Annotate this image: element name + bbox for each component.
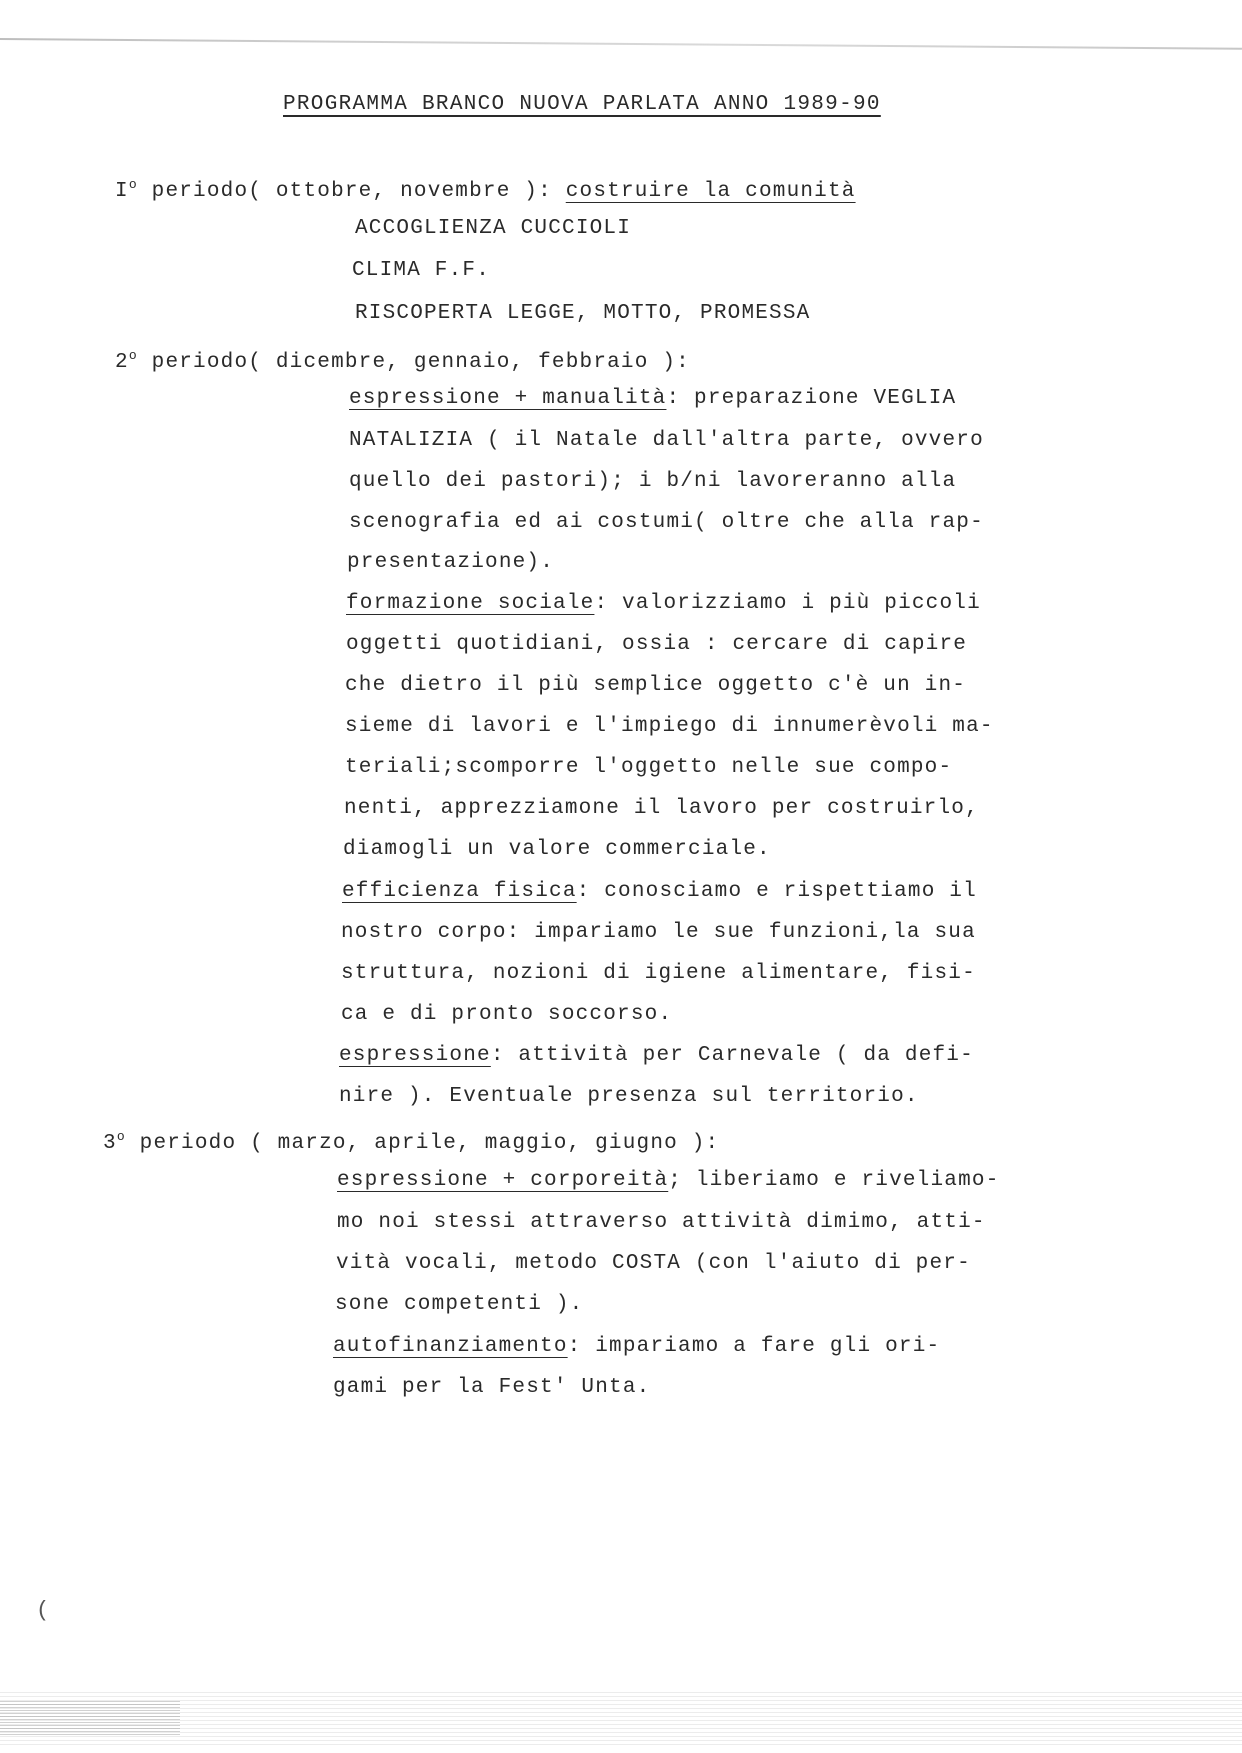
activity-text: : preparazione VEGLIA <box>666 387 956 410</box>
activity-text: : impariamo a fare gli ori- <box>568 1335 941 1358</box>
activity-text: vità vocali, metodo COSTA (con l'aiuto d… <box>336 1251 971 1277</box>
activity-text: teriali;scomporre l'oggetto nelle sue co… <box>345 755 952 781</box>
activity-heading: autofinanziamento <box>333 1335 568 1358</box>
activity-text: mo noi stessi attraverso attività dimimo… <box>337 1210 986 1236</box>
period-label: periodo <box>152 180 249 203</box>
activity-heading: espressione + corporeità <box>337 1169 668 1192</box>
activity-text: ; liberiamo e riveliamo- <box>668 1169 999 1192</box>
period-1-heading: Io periodo( ottobre, novembre ): costrui… <box>115 172 856 205</box>
period-2-heading: 2o periodo( dicembre, gennaio, febbraio … <box>115 343 690 376</box>
margin-mark: ( <box>36 1598 49 1623</box>
activity-text: nostro corpo: impariamo le sue funzioni,… <box>341 920 976 946</box>
scan-artifact-top <box>0 38 1242 50</box>
activity-text: : valorizziamo i più piccoli <box>594 592 980 615</box>
activity-heading: espressione + manualità <box>349 387 666 410</box>
activity-first-line: espressione: attività per Carnevale ( da… <box>339 1043 974 1069</box>
activity-first-line: autofinanziamento: impariamo a fare gli … <box>333 1334 940 1360</box>
activity-text: oggetti quotidiani, ossia : cercare di c… <box>346 632 967 658</box>
period-label: periodo <box>152 351 249 374</box>
activity-text: sieme di lavori e l'impiego di innumerèv… <box>345 714 994 740</box>
activity-text: che dietro il più semplice oggetto c'è u… <box>345 673 966 699</box>
period-number: 3 <box>103 1132 117 1155</box>
scan-artifact-bottom <box>0 1690 1242 1745</box>
activity-first-line: efficienza fisica: conosciamo e rispetti… <box>342 879 977 905</box>
period-number: I <box>115 180 129 203</box>
activity-text: NATALIZIA ( il Natale dall'altra parte, … <box>349 428 984 454</box>
activity-first-line: espressione + manualità: preparazione VE… <box>349 386 956 412</box>
period-3-heading: 3o periodo ( marzo, aprile, maggio, giug… <box>103 1124 719 1157</box>
activity-text: sone competenti ). <box>335 1292 583 1318</box>
activity-text: : conosciamo e rispettiamo il <box>577 880 977 903</box>
period-months: ( ottobre, novembre ): <box>248 180 552 203</box>
activity-text: scenografia ed ai costumi( oltre che all… <box>349 510 984 536</box>
activity-text: struttura, nozioni di igiene alimentare,… <box>341 961 976 987</box>
activity-text: nenti, apprezziamone il lavoro per costr… <box>344 796 979 822</box>
activity-text: nire ). Eventuale presenza sul territori… <box>339 1084 919 1110</box>
activity-first-line: formazione sociale: valorizziamo i più p… <box>346 591 981 617</box>
page-title: PROGRAMMA BRANCO NUOVA PARLATA ANNO 1989… <box>283 92 881 118</box>
activity-text: : attività per Carnevale ( da defi- <box>491 1044 974 1067</box>
activity-heading: formazione sociale <box>346 592 594 615</box>
activity-text: quello dei pastori); i b/ni lavoreranno … <box>349 469 956 495</box>
activity-text: gami per la Fest' Unta. <box>333 1375 650 1401</box>
activity-heading: espressione <box>339 1044 491 1067</box>
activity-text: diamogli un valore commerciale. <box>343 837 771 863</box>
period-months: ( marzo, aprile, maggio, giugno ): <box>250 1132 719 1155</box>
period-1-item: CLIMA F.F. <box>352 258 490 284</box>
activity-first-line: espressione + corporeità; liberiamo e ri… <box>337 1168 1000 1194</box>
activity-heading: efficienza fisica <box>342 880 577 903</box>
period-1-item: ACCOGLIENZA CUCCIOLI <box>355 216 631 242</box>
activity-text: presentazione). <box>347 550 554 576</box>
period-months: ( dicembre, gennaio, febbraio ): <box>248 351 690 374</box>
period-number: 2 <box>115 351 129 374</box>
period-label: periodo <box>140 1132 237 1155</box>
period-theme: costruire la comunità <box>566 180 856 203</box>
period-1-item: RISCOPERTA LEGGE, MOTTO, PROMESSA <box>355 301 810 327</box>
activity-text: ca e di pronto soccorso. <box>341 1002 672 1028</box>
